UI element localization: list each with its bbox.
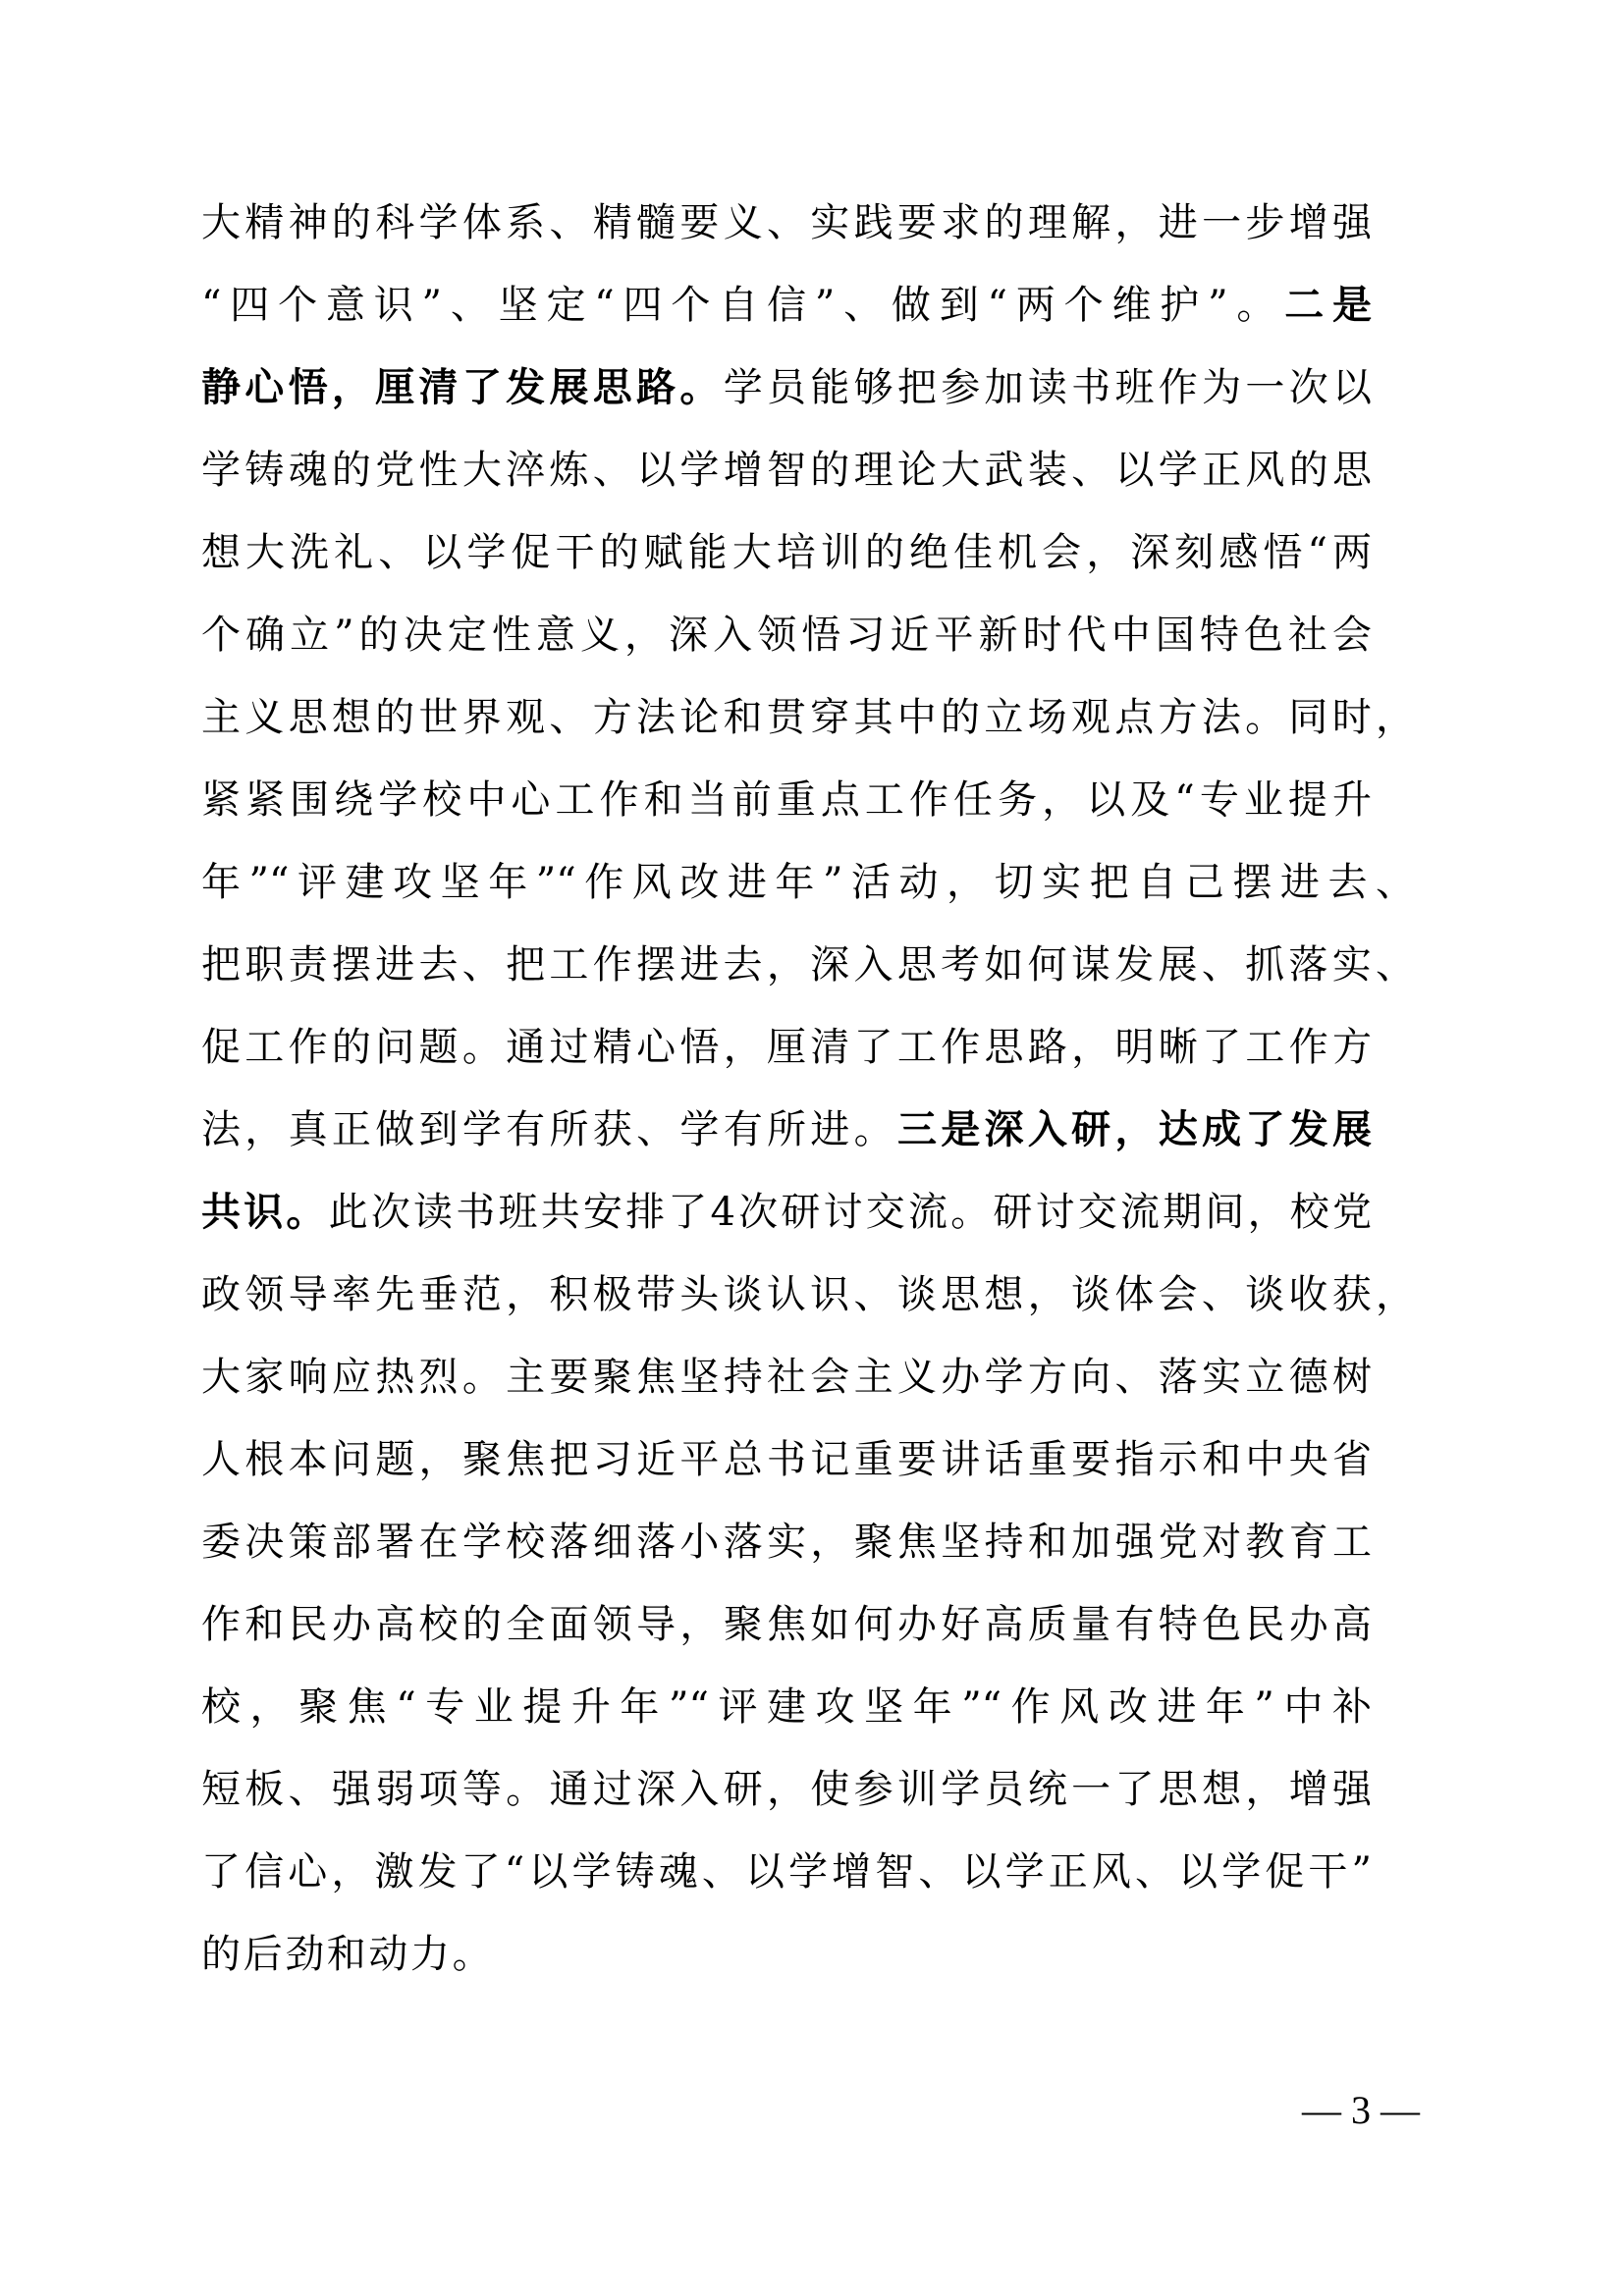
text-segment: 短板、强弱项等。通过深入研，使参训学员统一了思想，增强	[201, 1767, 1372, 1812]
text-segment: 主义思想的世界观、方法论和贯穿其中的立场观点方法。同时，	[201, 695, 1415, 740]
text-segment: 政领导率先垂范，积极带头谈认识、谈思想，谈体会、谈收获，	[201, 1272, 1415, 1317]
text-line: 大家响应热烈。主要聚焦坚持社会主义办学方向、落实立德树	[201, 1349, 1372, 1431]
text-segment: 大家响应热烈。主要聚焦坚持社会主义办学方向、落实立德树	[201, 1355, 1372, 1400]
text-line: 大精神的科学体系、精髓要义、实践要求的理解，进一步增强	[201, 194, 1372, 277]
text-segment: 促工作的问题。通过精心悟，厘清了工作思路，明晰了工作方	[201, 1025, 1372, 1070]
text-line: 短板、强弱项等。通过深入研，使参训学员统一了思想，增强	[201, 1761, 1372, 1843]
text-segment: 的后劲和动力。	[201, 1932, 494, 1977]
bold-heading-segment: 三是深入研，达成了发展	[897, 1106, 1372, 1152]
text-segment: 人根本问题，聚焦把习近平总书记重要讲话重要指示和中央省	[201, 1437, 1372, 1482]
text-line: 年”“评建攻坚年”“作风改进年”活动，切实把自己摆进去、	[201, 854, 1415, 936]
text-segment: 年”“评建攻坚年”“作风改进年”活动，切实把自己摆进去、	[201, 860, 1415, 905]
text-line: “四个意识”、坚定“四个自信”、做到“两个维护”。二是	[201, 277, 1372, 359]
text-segment: 个确立”的决定性意义，深入领悟习近平新时代中国特色社会	[201, 613, 1372, 658]
text-segment: 想大洗礼、以学促干的赋能大培训的绝佳机会，深刻感悟“两	[201, 530, 1372, 575]
text-line: 了信心，激发了“以学铸魂、以学增智、以学正风、以学促干”	[201, 1843, 1372, 1926]
text-line: 共识。此次读书班共安排了4次研讨交流。研讨交流期间，校党	[201, 1184, 1372, 1266]
bold-heading-segment: 二是	[1284, 282, 1372, 328]
text-line: 主义思想的世界观、方法论和贯穿其中的立场观点方法。同时，	[201, 689, 1415, 772]
page-number: — 3 —	[1282, 2089, 1439, 2132]
body-paragraph: 大精神的科学体系、精髓要义、实践要求的理解，进一步增强 “四个意识”、坚定“四个…	[201, 194, 1372, 2008]
bold-heading-segment: 静心悟，厘清了发展思路。	[201, 364, 724, 410]
text-line: 的后劲和动力。	[201, 1926, 1372, 2008]
text-line: 个确立”的决定性意义，深入领悟习近平新时代中国特色社会	[201, 607, 1372, 689]
text-line: 把职责摆进去、把工作摆进去，深入思考如何谋发展、抓落实、	[201, 936, 1415, 1019]
text-segment: 校，聚焦“专业提升年”“评建攻坚年”“作风改进年”中补	[201, 1684, 1372, 1730]
text-segment: 作和民办高校的全面领导，聚焦如何办好高质量有特色民办高	[201, 1602, 1372, 1647]
text-segment: 紧紧围绕学校中心工作和当前重点工作任务，以及“专业提升	[201, 777, 1372, 823]
text-line: 校，聚焦“专业提升年”“评建攻坚年”“作风改进年”中补	[201, 1679, 1372, 1761]
text-line: 作和民办高校的全面领导，聚焦如何办好高质量有特色民办高	[201, 1596, 1372, 1679]
text-segment: 委决策部署在学校落细落小落实，聚焦坚持和加强党对教育工	[201, 1520, 1372, 1565]
text-line: 法，真正做到学有所获、学有所进。三是深入研，达成了发展	[201, 1101, 1372, 1184]
text-segment: 了信心，激发了“以学铸魂、以学增智、以学正风、以学促干”	[201, 1849, 1372, 1895]
bold-heading-segment: 共识。	[201, 1189, 329, 1235]
text-segment: 此次读书班共安排了4次研讨交流。研讨交流期间，校党	[329, 1190, 1372, 1235]
text-segment: 学员能够把参加读书班作为一次以	[724, 365, 1372, 410]
text-line: 政领导率先垂范，积极带头谈认识、谈思想，谈体会、谈收获，	[201, 1266, 1415, 1349]
document-page: 大精神的科学体系、精髓要义、实践要求的理解，进一步增强 “四个意识”、坚定“四个…	[0, 0, 1624, 2296]
text-segment: 把职责摆进去、把工作摆进去，深入思考如何谋发展、抓落实、	[201, 942, 1415, 988]
text-line: 委决策部署在学校落细落小落实，聚焦坚持和加强党对教育工	[201, 1514, 1372, 1596]
text-line: 促工作的问题。通过精心悟，厘清了工作思路，明晰了工作方	[201, 1019, 1372, 1101]
text-segment: 大精神的科学体系、精髓要义、实践要求的理解，进一步增强	[201, 200, 1372, 245]
text-line: 人根本问题，聚焦把习近平总书记重要讲话重要指示和中央省	[201, 1431, 1372, 1514]
text-line: 紧紧围绕学校中心工作和当前重点工作任务，以及“专业提升	[201, 772, 1372, 854]
text-line: 学铸魂的党性大淬炼、以学增智的理论大武装、以学正风的思	[201, 442, 1372, 524]
text-line: 想大洗礼、以学促干的赋能大培训的绝佳机会，深刻感悟“两	[201, 524, 1372, 607]
text-segment: 法，真正做到学有所获、学有所进。	[201, 1107, 897, 1152]
text-segment: “四个意识”、坚定“四个自信”、做到“两个维护”。	[201, 283, 1284, 328]
text-line: 静心悟，厘清了发展思路。学员能够把参加读书班作为一次以	[201, 359, 1372, 442]
text-segment: 学铸魂的党性大淬炼、以学增智的理论大武装、以学正风的思	[201, 448, 1372, 493]
